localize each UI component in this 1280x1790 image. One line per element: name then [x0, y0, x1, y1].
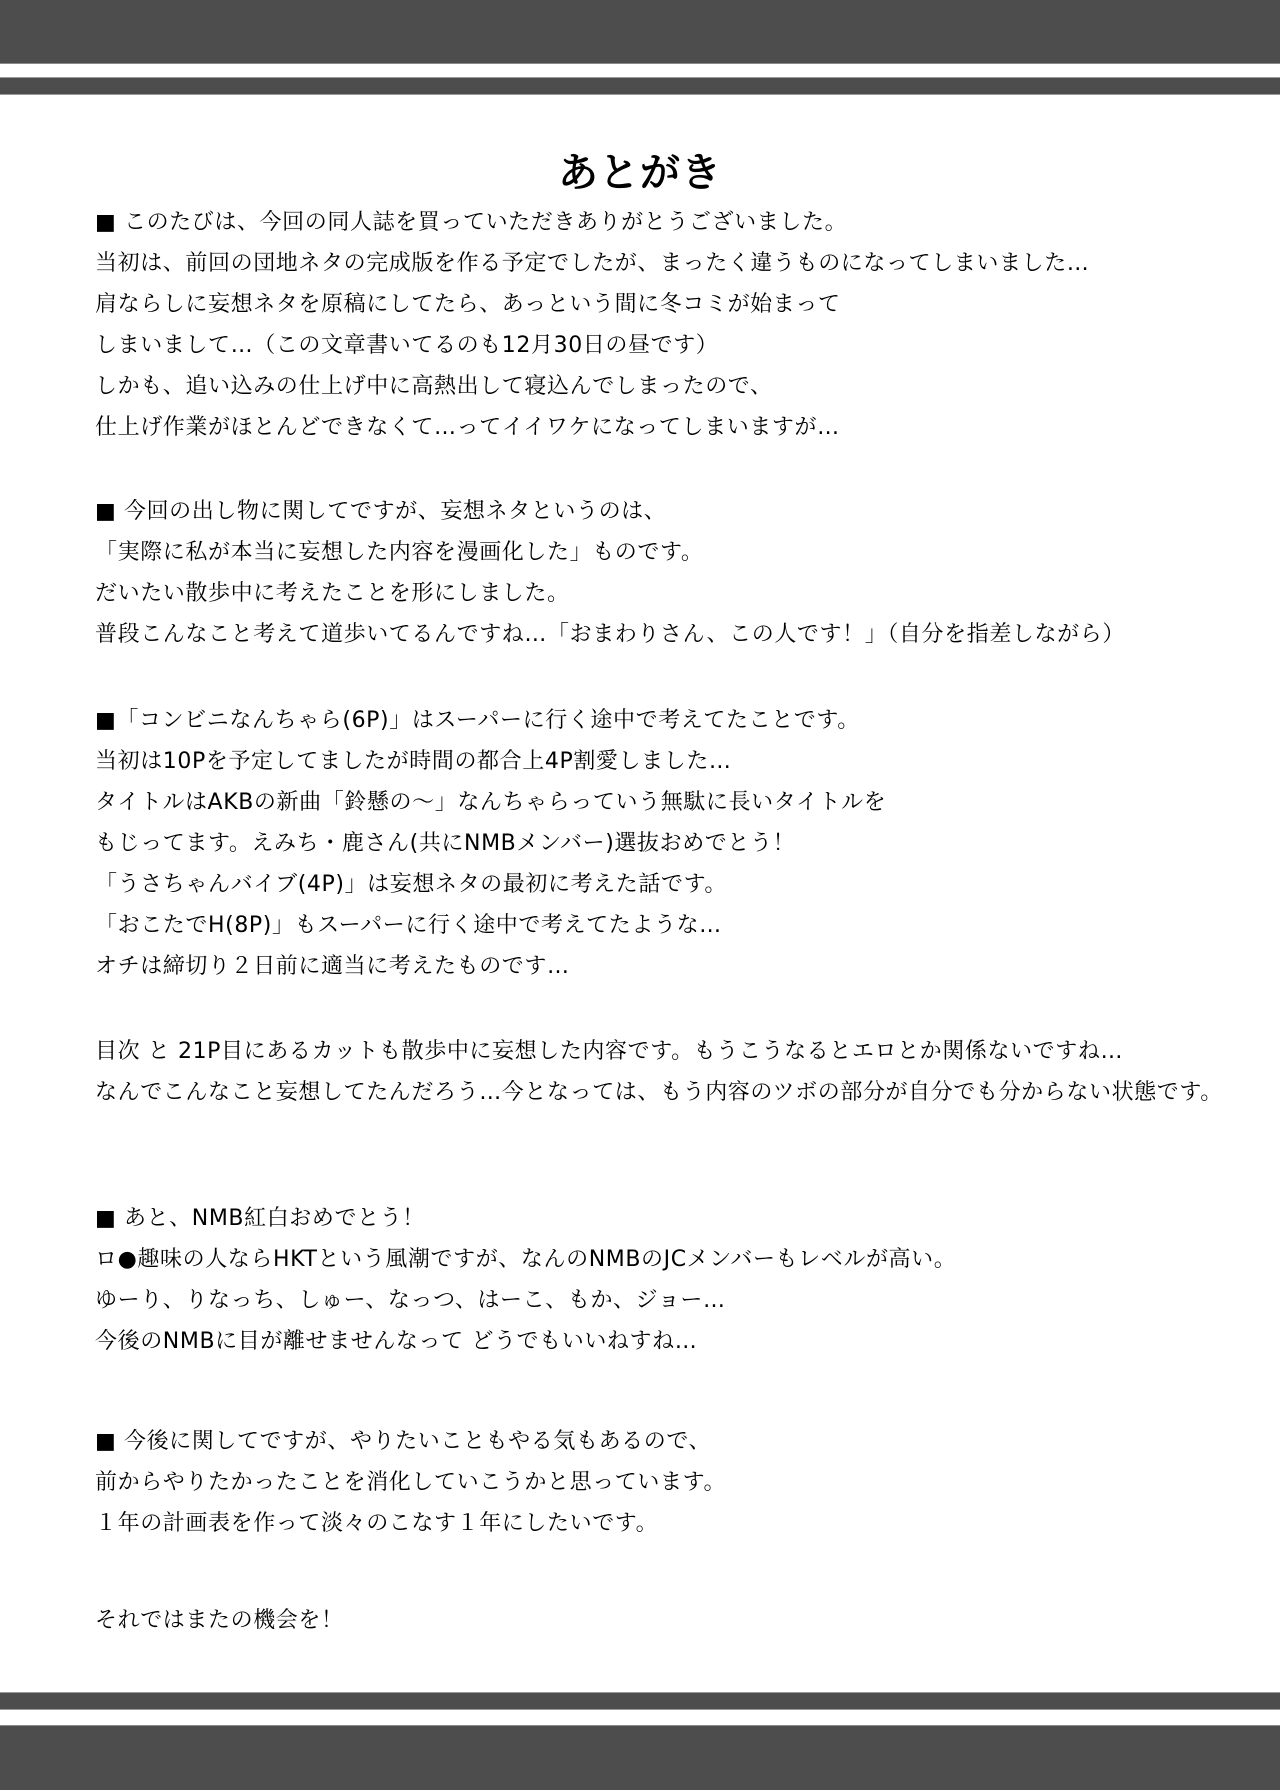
text-line: 「実際に私が本当に妄想した内容を漫画化した」ものです。 — [95, 538, 703, 568]
text-line: タイトルはAKBの新曲「鈴懸の～」なんちゃらっていう無駄に長いタイトルを — [95, 788, 886, 818]
text-line: 前からやりたかったことを消化していこうかと思っています。 — [95, 1468, 726, 1498]
text-line: 「うさちゃんバイブ(4P)」は妄想ネタの最初に考えた話です。 — [95, 870, 727, 900]
text-line: 「おこたでH(8P)」もスーパーに行く途中で考えてたような… — [95, 911, 722, 941]
top-border-stripe — [0, 77, 1280, 95]
text-line: ■ あと、NMB紅白おめでとう！ — [95, 1204, 425, 1234]
page-title: あとがき — [0, 145, 1280, 201]
text-line: オチは締切り２日前に適当に考えたものです… — [95, 952, 570, 982]
text-line: １年の計画表を作って淡々のこなす１年にしたいです。 — [95, 1509, 658, 1539]
top-border-band — [0, 0, 1280, 64]
text-line: だいたい散歩中に考えたことを形にしました。 — [95, 579, 570, 609]
bottom-border-stripe — [0, 1692, 1280, 1710]
text-line: 普段こんなこと考えて道歩いてるんですね…「おまわりさん、この人です！」（自分を指… — [95, 620, 1125, 650]
text-line: もじってます。えみち・鹿さん(共にNMBメンバー)選抜おめでとう！ — [95, 829, 795, 859]
text-line: 当初は10Pを予定してましたが時間の都合上4P割愛しました… — [95, 747, 732, 777]
text-line: 目次 と 21P目にあるカットも散歩中に妄想した内容です。もうこうなるとエロとか… — [95, 1037, 1123, 1067]
text-line: しまいまして…（この文章書いてるのも12月30日の昼です） — [95, 331, 718, 361]
text-line: なんでこんなこと妄想してたんだろう…今となっては、もう内容のツボの部分が自分でも… — [95, 1078, 1223, 1108]
text-line: 今後のNMBに目が離せませんなって どうでもいいねすね… — [95, 1327, 697, 1357]
bottom-border-band — [0, 1725, 1280, 1790]
text-line: ゆーり、りなっち、しゅー、なっつ、はーこ、もか、ジョー… — [95, 1286, 726, 1316]
text-line: しかも、追い込みの仕上げ中に高熱出して寝込んでしまったので、 — [95, 372, 773, 402]
text-line: 肩ならしに妄想ネタを原稿にしてたら、あっという間に冬コミが始まって — [95, 290, 841, 320]
text-line: 当初は、前回の団地ネタの完成版を作る予定でしたが、まったく違うものになってしまい… — [95, 249, 1089, 279]
text-line: 仕上げ作業がほとんどできなくて…ってイイワケになってしまいますが… — [95, 413, 840, 443]
text-line: ロ●趣味の人ならHKTという風潮ですが、なんのNMBのJCメンバーもレベルが高い… — [95, 1245, 956, 1275]
text-line: ■ 今回の出し物に関してですが、妄想ネタというのは、 — [95, 497, 666, 527]
text-line: ■ このたびは、今回の同人誌を買っていただきありがとうございました。 — [95, 208, 847, 238]
text-line: ■「コンビニなんちゃら(6P)」はスーパーに行く途中で考えてたことです。 — [95, 706, 860, 736]
text-line: それではまたの機会を！ — [95, 1606, 344, 1636]
text-line: ■ 今後に関してですが、やりたいこともやる気もあるので、 — [95, 1427, 711, 1457]
